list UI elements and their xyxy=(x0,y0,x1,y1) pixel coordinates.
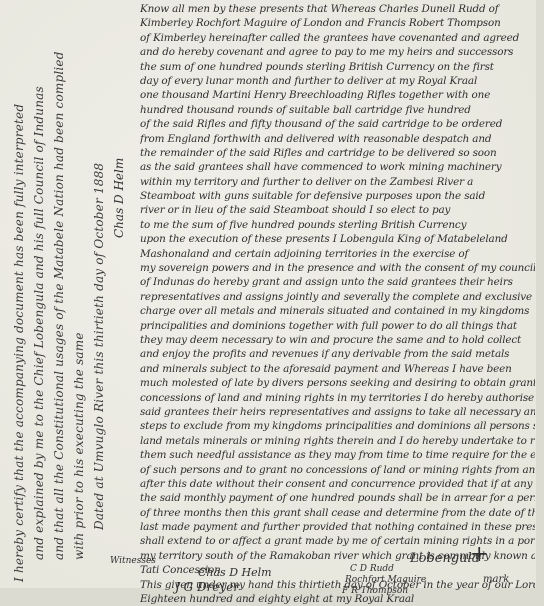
body-line: them such needful assistance as they may… xyxy=(140,448,535,462)
body-line: after this date without their consent an… xyxy=(140,477,535,491)
body-line: river or in lieu of the said Steamboat s… xyxy=(140,203,535,217)
body-line: concessions of land and mining rights in… xyxy=(140,391,535,405)
body-line: Kimberley Rochfort Maguire of London and… xyxy=(140,16,535,30)
body-line: last made payment and further provided t… xyxy=(140,520,535,534)
body-line: hundred thousand rounds of suitable ball… xyxy=(140,103,535,117)
body-line: my sovereign powers and in the presence … xyxy=(140,261,535,275)
body-line: and minerals subject to the aforesaid pa… xyxy=(140,362,535,376)
body-line: to me the sum of five hundred pounds ste… xyxy=(140,218,535,232)
body-line: within my territory and further to deliv… xyxy=(140,175,535,189)
body-line: of the said Rifles and fifty thousand of… xyxy=(140,117,535,131)
signature-dreyer: J G Dreyer xyxy=(175,580,239,594)
margin-witness-signature: Chas D Helm xyxy=(112,158,126,238)
mark-label: mark xyxy=(483,574,509,585)
body-line: representatives and assigns jointly and … xyxy=(140,290,535,304)
body-line: the remainder of the said Rifles and car… xyxy=(140,146,535,160)
signature-rudd: C D Rudd xyxy=(350,564,394,574)
body-line: upon the execution of these presents I L… xyxy=(140,232,535,246)
body-line: from England forthwith and delivered wit… xyxy=(140,132,535,146)
document-page: I hereby certify that the accompanying d… xyxy=(0,0,536,588)
margin-line: I hereby certify that the accompanying d… xyxy=(12,104,26,582)
body-line: they may deem necessary to win and procu… xyxy=(140,333,535,347)
witnesses-label: Witnesses xyxy=(110,556,156,566)
signature-maguire: Rochfort Maguire xyxy=(345,575,426,585)
body-line: Mashonaland and certain adjoining territ… xyxy=(140,247,535,261)
body-line: day of every lunar month and further to … xyxy=(140,74,535,88)
body-line: land metals minerals or mining rights th… xyxy=(140,434,535,448)
body-line: of three months then this grant shall ce… xyxy=(140,506,535,520)
body-line: principalities and dominions together wi… xyxy=(140,319,535,333)
body-line: of Indunas do hereby grant and assign un… xyxy=(140,275,535,289)
signature-helm: Chas D Helm xyxy=(198,566,272,579)
body-line: Steamboat with guns suitable for defensi… xyxy=(140,189,535,203)
margin-line: Dated at Umvuglo River this thirtieth da… xyxy=(92,163,106,530)
body-line: much molested of late by divers persons … xyxy=(140,376,535,390)
signature-thompson: F R Thompson xyxy=(342,586,408,596)
body-line: steps to exclude from my kingdoms princi… xyxy=(140,419,535,433)
body-line: and do hereby covenant and agree to pay … xyxy=(140,45,535,59)
margin-line: with prior to his executing the same xyxy=(72,332,86,560)
body-line: of Kimberley hereinafter called the gran… xyxy=(140,31,535,45)
cross-mark-icon: + xyxy=(470,544,488,566)
margin-line: and that all the Constitutional usages o… xyxy=(52,51,66,560)
body-line: and enjoy the profits and revenues if an… xyxy=(140,347,535,361)
body-line: one thousand Martini Henry Breechloading… xyxy=(140,88,535,102)
margin-certificate: I hereby certify that the accompanying d… xyxy=(8,0,118,590)
body-line: Know all men by these presents that Wher… xyxy=(140,2,535,16)
body-line: charge over all metals and minerals situ… xyxy=(140,304,535,318)
body-line: of such persons and to grant no concessi… xyxy=(140,463,535,477)
body-line: the said monthly payment of one hundred … xyxy=(140,491,535,505)
margin-line: and explained by me to the Chief Lobengu… xyxy=(32,86,46,560)
concession-body: Know all men by these presents that Wher… xyxy=(140,2,535,599)
body-line: as the said grantees shall have commence… xyxy=(140,160,535,174)
body-line: the sum of one hundred pounds sterling B… xyxy=(140,60,535,74)
body-line: said grantees their heirs representative… xyxy=(140,405,535,419)
